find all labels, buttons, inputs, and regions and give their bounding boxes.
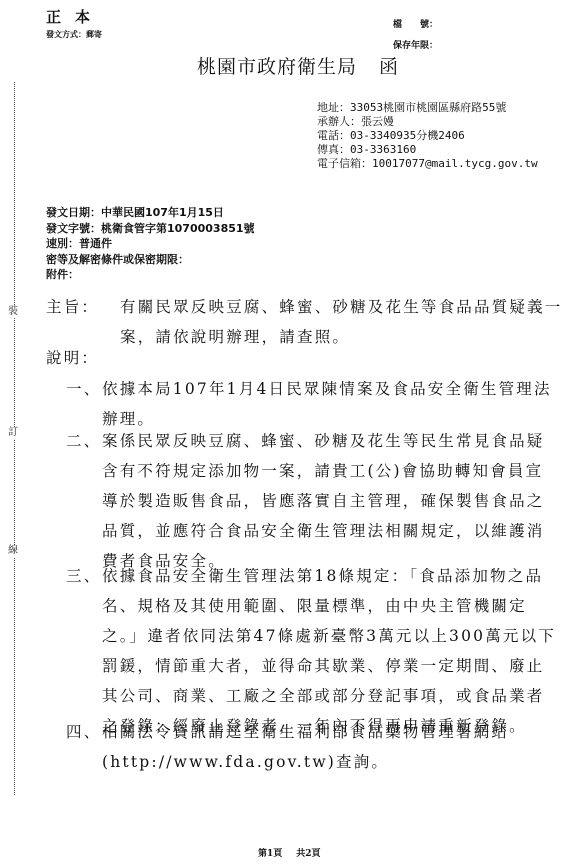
retention-period-label: 保存年限： [393,38,438,51]
file-number-label-a: 檔 [393,20,402,30]
binding-mark-zhuang: 裝 [8,306,18,318]
document-meta: 發文日期：中華民國107年1月15日 發文字號：桃衛食管字第1070003851… [46,205,255,283]
fax: 傳真：03-3363160 [317,143,538,157]
item-line: 案係民眾反映豆腐、蜂蜜、砂糖及花生等民生常見食品疑 [102,426,545,456]
item-number: 二、 [66,426,101,456]
subject-text: 有關民眾反映豆腐、蜂蜜、砂糖及花生等食品品質疑義一 案，請依說明辦理，請查照。 [120,292,563,352]
item-line: 導於製造販售食品，皆應落實自主管理，確保製售食品之 [102,486,545,516]
item-line: 之。」違者依同法第47條處新臺幣3萬元以上300萬元以下 [102,621,556,651]
item-line: 名、規格及其使用範圍、限量標準，由中央主管機關定 [102,591,556,621]
handler: 承辦人：張云嫚 [317,115,538,129]
item-line: 依據本局107年1月4日民眾陳情案及食品安全衛生管理法 [102,374,552,404]
item-number: 三、 [66,561,101,591]
send-method: 發文方式：郵寄 [46,29,102,40]
attachments: 附件： [46,267,255,283]
page-indicator: 第1頁共2頁 [258,846,321,859]
item-line: 品質，並應符合食品安全衛生管理法相關規定，以維護消 [102,516,545,546]
item-line-url: (http://www.fda.gov.tw)查詢。 [102,747,509,777]
address: 地址：33053桃園市桃園區縣府路55號 [317,101,538,115]
item-line: 其公司、商業、工廠之全部或部分登記事項，或食品業者 [102,681,556,711]
contact-info: 地址：33053桃園市桃園區縣府路55號 承辦人：張云嫚 電話：03-33409… [317,101,538,171]
item-number: 一、 [66,374,101,404]
item-line: 相關法令資訊請逕至衛生福利部食品藥物管理署網站 [102,717,509,747]
binding-mark-xian: 線 [8,545,18,557]
delivery-speed: 速別：普通件 [46,236,255,252]
document-kind: 函 [379,56,399,78]
file-number-label-b: 號： [420,20,438,30]
item-number: 四、 [66,717,101,747]
subject-line: 案，請依說明辦理，請查照。 [120,322,563,352]
subject-label: 主旨： [46,292,99,322]
subject-line: 有關民眾反映豆腐、蜂蜜、砂糖及花生等食品品質疑義一 [120,292,563,322]
email: 電子信箱：10017077@mail.tycg.gov.tw [317,157,538,171]
issuing-agency: 桃園市政府衛生局 [197,56,357,78]
secrecy-level: 密等及解密條件或保密期限： [46,252,255,268]
binding-mark-ding: 訂 [8,427,18,439]
reference-number: 發文字號：桃衛食管字第1070003851號 [46,221,255,237]
issue-date: 發文日期：中華民國107年1月15日 [46,205,255,221]
item-line: 含有不符規定添加物一案，請貴工(公)會協助轉知會員宣 [102,456,545,486]
explanation-label: 說明： [46,343,99,373]
file-number-label: 檔號： [393,17,438,30]
page-total: 共2頁 [296,849,320,859]
document-title: 桃園市政府衛生局函 [197,52,399,79]
copy-type-label: 正本 [46,6,104,27]
phone: 電話：03-3340935分機2406 [317,129,538,143]
item-line: 依據食品安全衛生管理法第18條規定：「食品添加物之品 [102,561,556,591]
page-number: 第1頁 [258,849,282,859]
item-line: 罰鍰，情節重大者，並得命其歇業、停業一定期間、廢止 [102,651,556,681]
